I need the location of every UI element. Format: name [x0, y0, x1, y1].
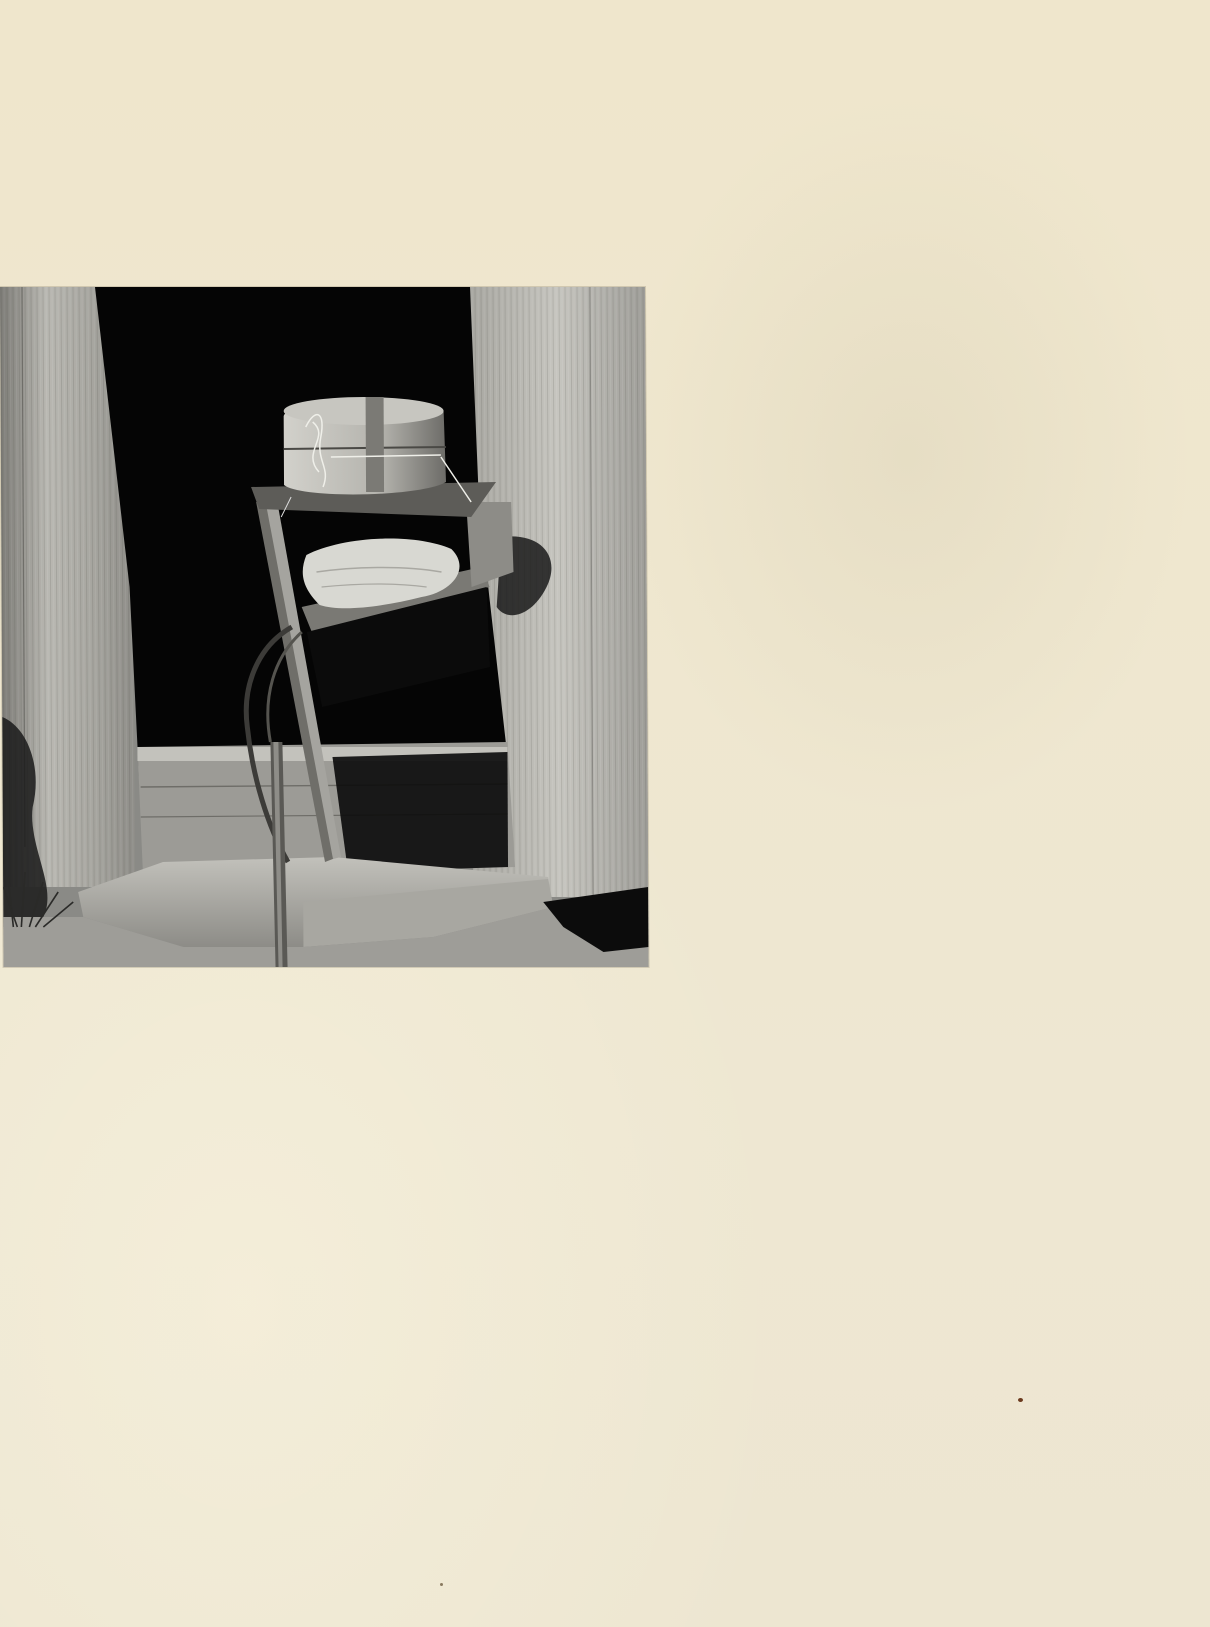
paper-speck — [440, 1583, 443, 1586]
paper-speck — [1018, 1398, 1023, 1402]
photo-scene — [0, 287, 649, 967]
mounted-photograph — [0, 287, 649, 967]
